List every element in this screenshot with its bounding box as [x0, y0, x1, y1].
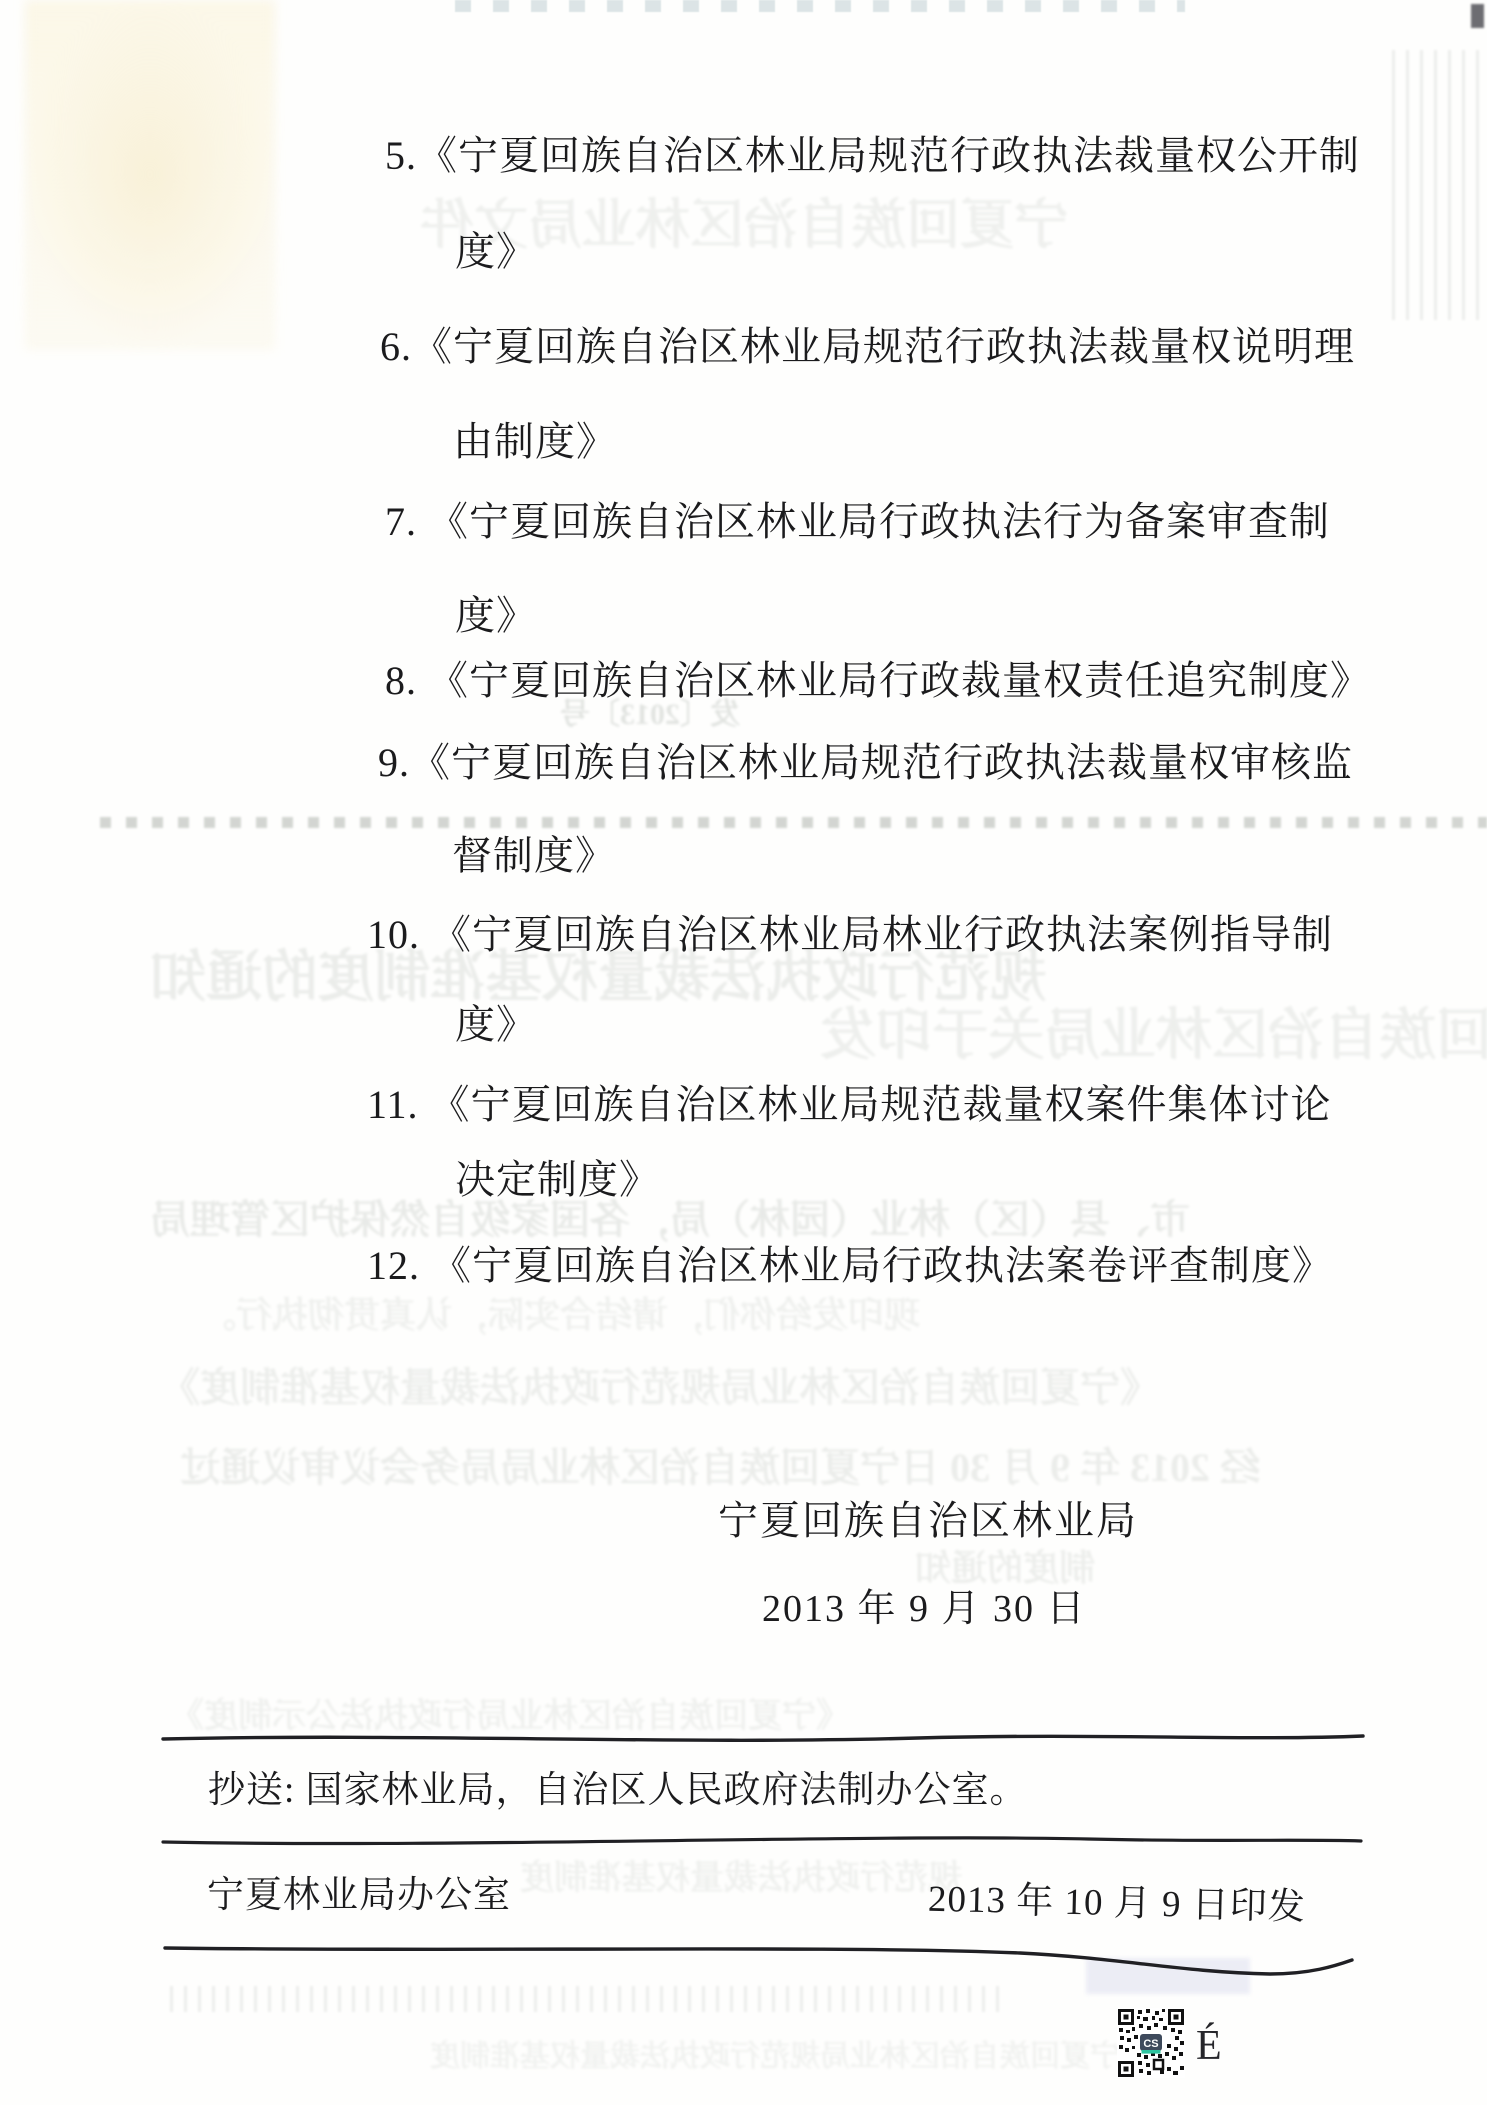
bleed-through-line: 规范行政执法裁量权基准制度的通知	[150, 950, 1046, 1006]
bleed-through-line: 市、县（区）林业（园林）局，各国家级自然保护区管理局	[150, 1200, 1190, 1240]
list-item-line: 由制度》	[453, 422, 617, 462]
signature-org: 宁夏回族自治区林业局	[718, 1501, 1138, 1541]
bleed-through-line: 发〔2013〕号	[560, 700, 740, 730]
list-item-line: 11. 《宁夏回族自治区林业局规范裁量权案件集体讨论	[367, 1085, 1332, 1125]
scan-texture-top-right	[1392, 50, 1480, 320]
print-date: 2013 年 10 月 9 日印发	[928, 1881, 1306, 1927]
list-item-line: 度》	[455, 232, 537, 272]
list-item-line: 度》	[455, 596, 537, 636]
copy-to-line: 抄送: 国家林业局，自治区人民政府法制办公室。	[208, 1772, 1028, 1809]
bleed-through-line: 经 2013 年 9 月 30 日宁夏回族自治区林业局局务会议审议通过	[180, 1448, 1260, 1488]
bleed-through-line: 宁夏回族自治区林业局规范行政执法裁量权基准制度	[430, 2042, 1120, 2072]
list-item-line: 度》	[455, 1005, 537, 1045]
issuing-office: 宁夏林业局办公室	[207, 1877, 511, 1914]
list-item-line: 督制度》	[452, 836, 616, 876]
scan-stain-top-left	[25, 0, 275, 350]
list-item-line: 决定制度》	[455, 1160, 660, 1200]
bleed-through-line: 现印发给你们，请结合实际，认真贯彻执行。	[200, 1297, 920, 1333]
scan-texture-below-rule	[170, 1986, 1010, 2012]
bleed-through-band	[100, 817, 1487, 828]
list-item-line: 12. 《宁夏回族自治区林业局行政执法案卷评查制度》	[367, 1246, 1333, 1286]
watermark-side-text: É	[1196, 2022, 1222, 2070]
scan-bleed-top-edge	[455, 0, 1185, 12]
bleed-through-line: 规范行政执法裁量权基准制度	[520, 1862, 962, 1896]
list-item-line: 5.《宁夏回族自治区林业局规范行政执法裁量权公开制	[385, 136, 1360, 176]
footer-rule-top	[158, 1725, 1370, 1755]
list-item-line: 7. 《宁夏回族自治区林业局行政执法行为备案审查制	[385, 502, 1330, 542]
bleed-through-line: 制度的通知	[915, 1550, 1095, 1586]
cs-badge-label: CS	[1143, 2038, 1158, 2050]
bleed-through-line: 宁夏回族自治区林业局关于印发	[820, 1008, 1487, 1064]
footer-rule-bottom	[160, 1938, 1360, 1988]
list-item-line: 8. 《宁夏回族自治区林业局行政裁量权责任追究制度》	[385, 661, 1371, 701]
list-item-line: 9.《宁夏回族自治区林业局规范行政执法裁量权审核监	[378, 743, 1353, 783]
list-item-line: 6.《宁夏回族自治区林业局规范行政执法裁量权说明理	[380, 327, 1355, 367]
list-item-line: 10. 《宁夏回族自治区林业局林业行政执法案例指导制	[367, 915, 1333, 955]
scan-mark-top-right-corner	[1471, 4, 1484, 28]
bleed-through-line: 《宁夏回族自治区林业局规范行政执法裁量权基准制度》	[160, 1368, 1160, 1408]
footer-rule-middle	[158, 1826, 1368, 1856]
signature-date: 2013 年 9 月 30 日	[762, 1590, 1087, 1628]
scanned-document-page: 宁夏回族自治区林业局文件 发〔2013〕号 规范行政执法裁量权基准制度的通知 宁…	[0, 0, 1487, 2105]
qr-code: CS	[1117, 2008, 1185, 2078]
